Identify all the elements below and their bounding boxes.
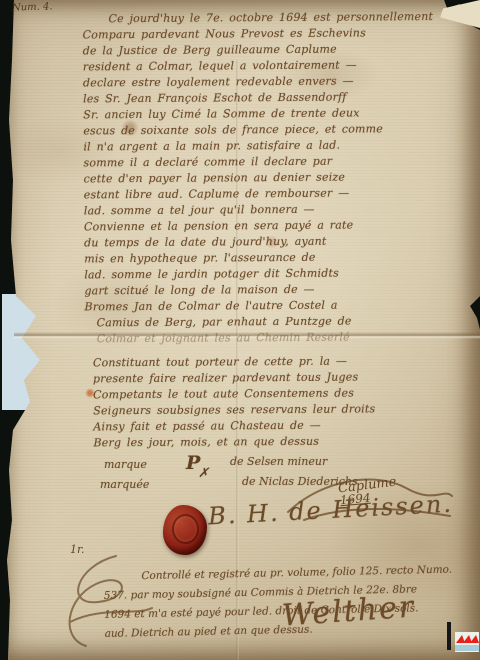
mark-word-top: marque: [104, 458, 147, 471]
folio-mark: 1r.: [70, 543, 85, 556]
document-scan: Num. 4. Ce jourd'huy le 7e. octobre 1694…: [0, 0, 480, 660]
manuscript-text-block: Ce jourd'huy le 7e. octobre 1694 est per…: [82, 9, 479, 452]
corner-label: Num. 4.: [12, 1, 53, 13]
mark-name-top: de Selsen mineur: [230, 455, 327, 468]
cross-mark-icon: ✗: [198, 466, 209, 481]
manuscript-line: Berg les jour, mois, et an que dessus: [93, 433, 479, 452]
archive-logo-icon: [446, 616, 480, 656]
mark-word-bottom: marquée: [100, 478, 149, 491]
manuscript-line: Colmar et joignant les au Chemin Reserlé: [97, 329, 479, 348]
manuscript-line: Ce jourd'huy le 7e. octobre 1694 est per…: [108, 9, 476, 28]
